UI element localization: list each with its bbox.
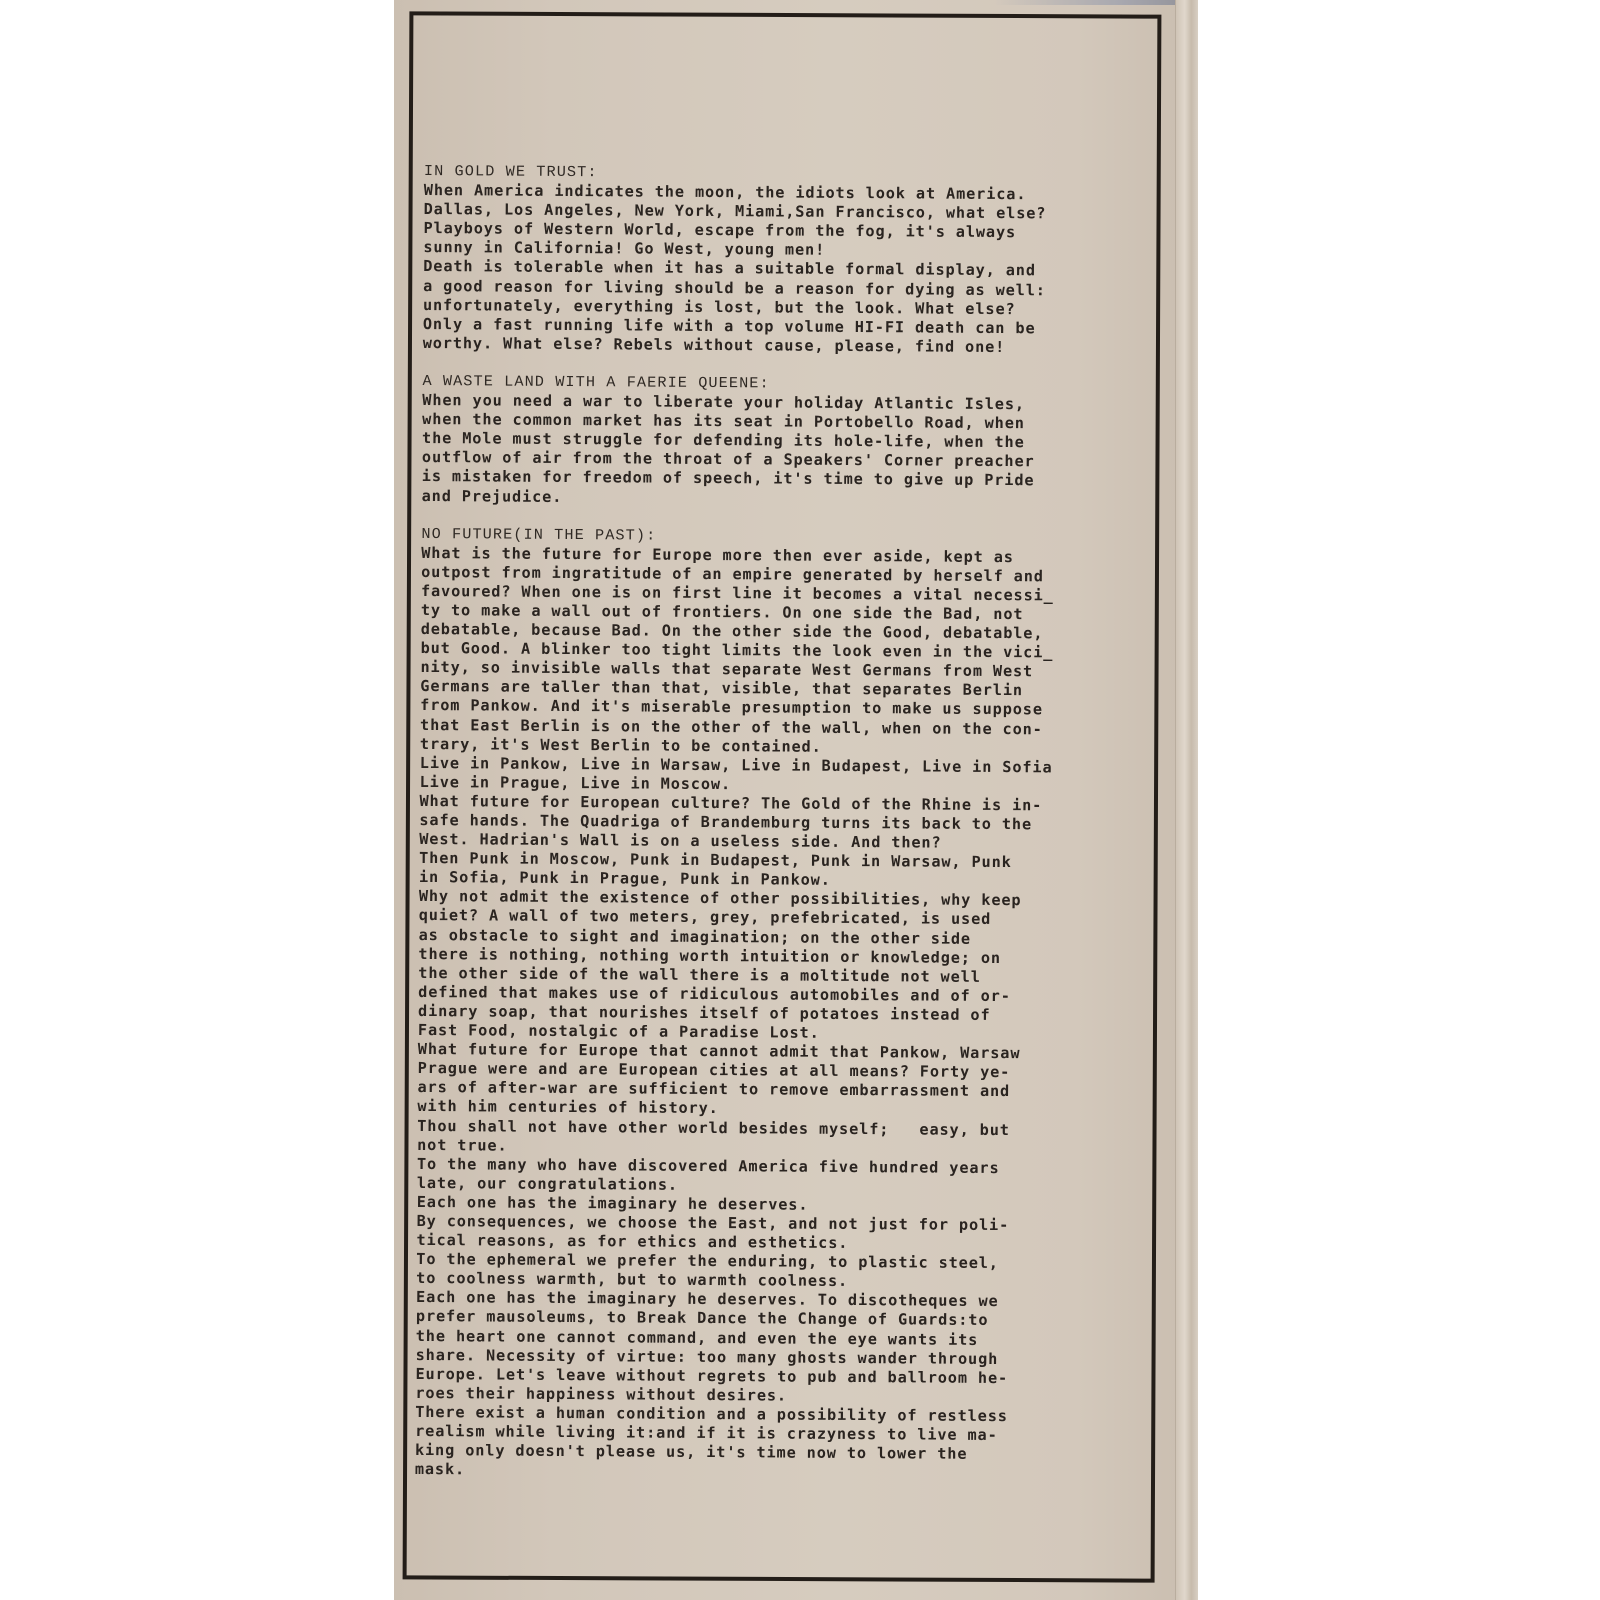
section-body: What is the future for Europe more then … [415, 544, 1162, 1485]
section-body: When America indicates the moon, the idi… [423, 181, 1164, 358]
text-line: and Prejudice. [422, 486, 1162, 510]
text-line: worthy. What else? Rebels without cause,… [423, 334, 1163, 358]
typewritten-text: IN GOLD WE TRUST: When America indicates… [415, 162, 1164, 1503]
section-in-gold-we-trust: IN GOLD WE TRUST: When America indicates… [423, 162, 1164, 358]
text-line: mask. [415, 1460, 1155, 1484]
section-no-future: NO FUTURE(IN THE PAST): What is the futu… [415, 525, 1162, 1485]
section-waste-land: A WASTE LAND WITH A FAERIE QUEENE: When … [422, 372, 1163, 511]
paper-folded-edge [1175, 0, 1198, 1600]
paper-top-strip [994, 0, 1198, 5]
section-body: When you need a war to liberate your hol… [422, 391, 1163, 511]
